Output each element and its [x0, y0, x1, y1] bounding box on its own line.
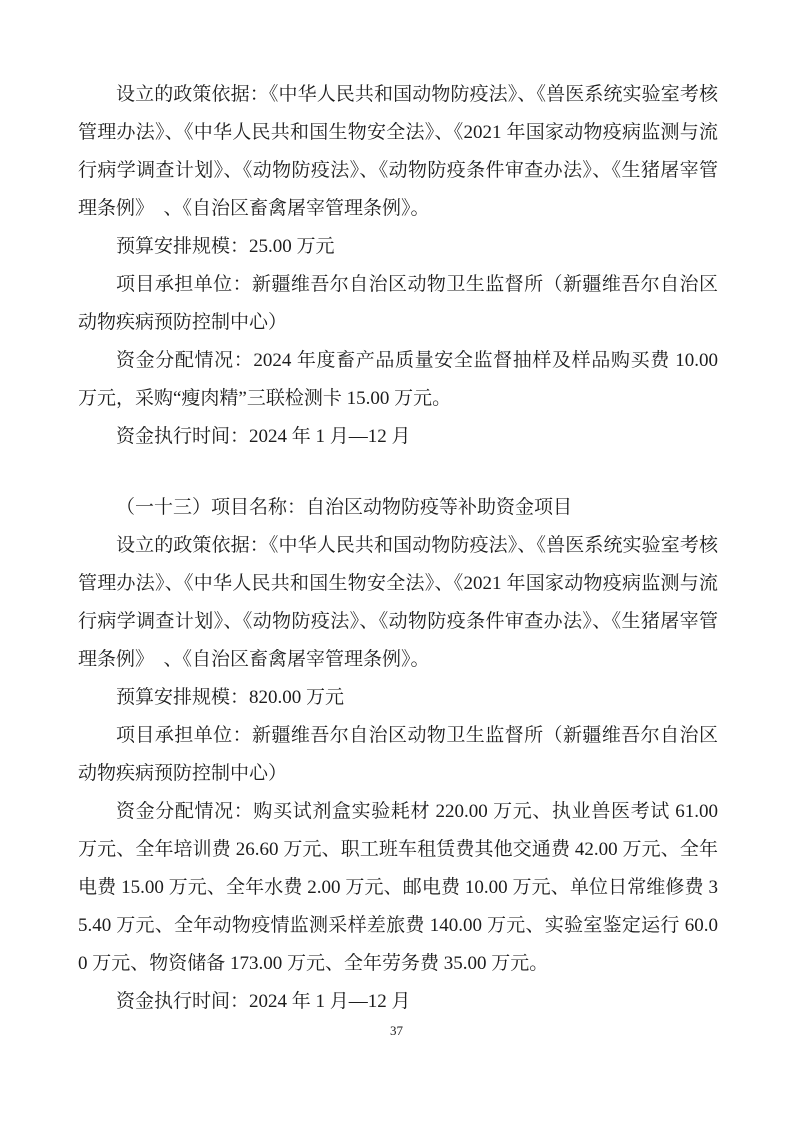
budget-scale-line: 预算安排规模：25.00 万元	[78, 228, 718, 266]
document-page: 设立的政策依据：《中华人民共和国动物防疫法》、《兽医系统实验室考核管理办法》、《…	[0, 0, 793, 1122]
undertaking-unit-paragraph: 项目承担单位：新疆维吾尔自治区动物卫生监督所（新疆维吾尔自治区动物疾病预防控制中…	[78, 717, 718, 793]
blank-line	[78, 456, 718, 489]
execution-time-line: 资金执行时间：2024 年 1 月—12 月	[78, 983, 718, 1021]
execution-time-line: 资金执行时间：2024 年 1 月—12 月	[78, 418, 718, 456]
policy-basis-paragraph: 设立的政策依据：《中华人民共和国动物防疫法》、《兽医系统实验室考核管理办法》、《…	[78, 527, 718, 679]
fund-allocation-paragraph: 资金分配情况：2024 年度畜产品质量安全监督抽样及样品购买费 10.00 万元…	[78, 342, 718, 418]
undertaking-unit-paragraph: 项目承担单位：新疆维吾尔自治区动物卫生监督所（新疆维吾尔自治区动物疾病预防控制中…	[78, 266, 718, 342]
document-body: 设立的政策依据：《中华人民共和国动物防疫法》、《兽医系统实验室考核管理办法》、《…	[78, 76, 718, 1021]
page-number: 37	[0, 1022, 793, 1040]
policy-basis-paragraph: 设立的政策依据：《中华人民共和国动物防疫法》、《兽医系统实验室考核管理办法》、《…	[78, 76, 718, 228]
budget-scale-line: 预算安排规模：820.00 万元	[78, 679, 718, 717]
project-title-line: （一十三）项目名称：自治区动物防疫等补助资金项目	[78, 489, 718, 527]
fund-allocation-paragraph: 资金分配情况：购买试剂盒实验耗材 220.00 万元、执业兽医考试 61.00 …	[78, 793, 718, 983]
